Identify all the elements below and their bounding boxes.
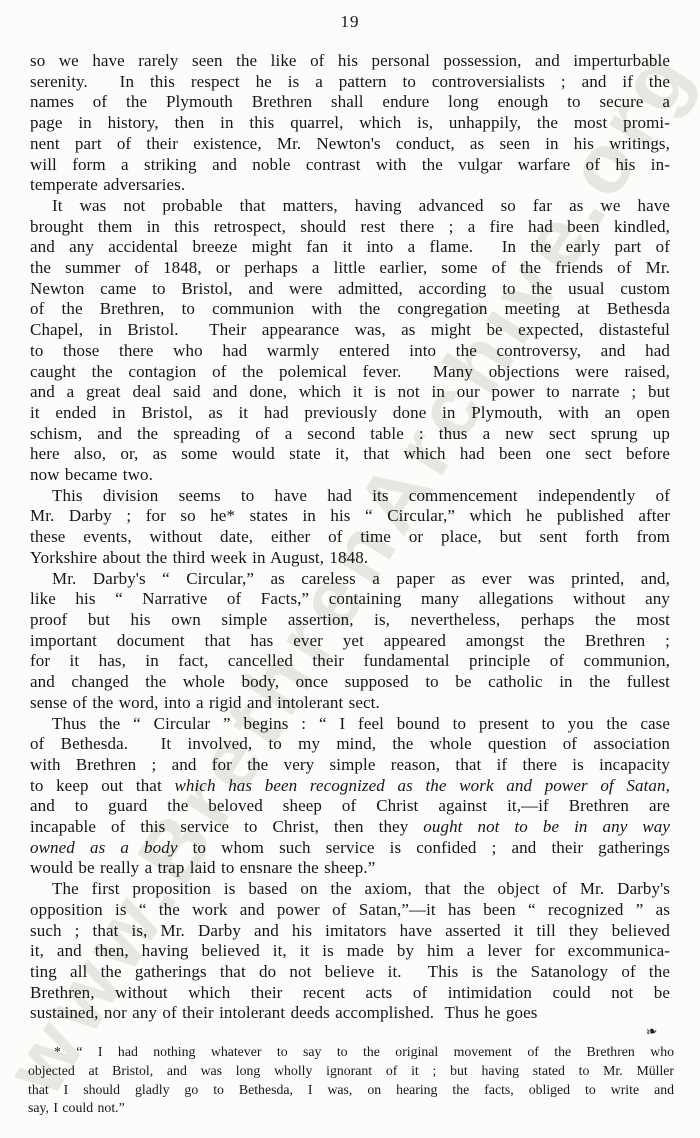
text-line: to those there who had warmly entered in… <box>30 341 670 362</box>
text-segment: nent part of their existence, Mr. Newton… <box>30 134 670 153</box>
text-line: to keep out that which has been recogniz… <box>30 776 670 797</box>
italic-text-segment: ought not to be in any way <box>423 817 670 836</box>
text-segment: these events, without date, either of ti… <box>30 527 670 546</box>
text-segment: Yorkshire about the third week in August… <box>30 548 368 567</box>
page-body: so we have rarely seen the like of his p… <box>30 51 670 1024</box>
text-segment: * “ I had nothing whatever to say to the… <box>54 1044 674 1059</box>
text-line: important document that has ever yet app… <box>30 631 670 652</box>
text-line: objected at Bristol, and was long wholly… <box>28 1062 674 1081</box>
text-line: that I should gladly go to Bethesda, I w… <box>28 1081 674 1100</box>
text-segment: , <box>666 776 670 795</box>
text-line: will form a striking and noble contrast … <box>30 155 670 176</box>
footnote: * “ I had nothing whatever to say to the… <box>28 1043 674 1118</box>
text-segment: it ended in Bristol, as it had previousl… <box>30 403 670 422</box>
text-line: serenity. In this respect he is a patter… <box>30 72 670 93</box>
text-segment: temperate adversaries. <box>30 175 185 194</box>
text-segment: say, I could not.” <box>28 1100 125 1115</box>
text-segment: Mr. Darby's “ Circular,” as careless a p… <box>52 569 670 588</box>
text-line: nent part of their existence, Mr. Newton… <box>30 134 670 155</box>
text-line: and any accidental breeze might fan it i… <box>30 237 670 258</box>
text-line: sustained, nor any of their intolerant d… <box>30 1003 670 1024</box>
text-segment: with Brethren ; and for the very simple … <box>30 755 670 774</box>
text-line: of the Brethren, to communion with the c… <box>30 299 670 320</box>
text-line: it ended in Bristol, as it had previousl… <box>30 403 670 424</box>
text-segment: ting all the gatherings that do not beli… <box>30 962 670 981</box>
italic-text-segment: which has been recognized as the work an… <box>174 776 665 795</box>
text-line: say, I could not.” <box>28 1099 674 1118</box>
text-line: would be really a trap laid to ensnare t… <box>30 858 670 879</box>
text-segment: will form a striking and noble contrast … <box>30 155 670 174</box>
text-segment: names of the Plymouth Brethren shall end… <box>30 92 670 111</box>
text-segment: of the Brethren, to communion with the c… <box>30 299 670 318</box>
text-line: and a great deal said and done, which it… <box>30 382 670 403</box>
text-line: ting all the gatherings that do not beli… <box>30 962 670 983</box>
text-line: names of the Plymouth Brethren shall end… <box>30 92 670 113</box>
text-segment: to keep out that <box>30 776 174 795</box>
text-segment: objected at Bristol, and was long wholly… <box>28 1063 674 1078</box>
text-segment: incapable of this service to Christ, the… <box>30 817 423 836</box>
text-line: caught the contagion of the polemical fe… <box>30 362 670 383</box>
text-line: Yorkshire about the third week in August… <box>30 548 670 569</box>
text-segment: brought them in this retrospect, should … <box>30 217 670 236</box>
text-line: Mr. Darby ; for so he* states in his “ C… <box>30 506 670 527</box>
text-line: The first proposition is based on the ax… <box>30 879 670 900</box>
text-segment: like his “ Narrative of Facts,” containi… <box>30 589 670 608</box>
text-line: here also, or, as some would state it, t… <box>30 444 670 465</box>
text-segment: that I should gladly go to Bethesda, I w… <box>28 1082 674 1097</box>
text-segment: to whom such service is confided ; and t… <box>178 838 671 857</box>
text-segment: and changed the whole body, once suppose… <box>30 672 670 691</box>
text-line: schism, and the spreading of a second ta… <box>30 424 670 445</box>
text-segment: schism, and the spreading of a second ta… <box>30 424 670 443</box>
text-line: Mr. Darby's “ Circular,” as careless a p… <box>30 569 670 590</box>
text-segment: and any accidental breeze might fan it i… <box>30 237 670 256</box>
printers-mark-icon: ❧ <box>644 1023 659 1042</box>
text-segment: Thus the “ Circular ” begins : “ I feel … <box>52 714 670 733</box>
text-segment: and to guard the beloved sheep of Christ… <box>30 796 670 815</box>
text-line: such ; that is, Mr. Darby and his imitat… <box>30 921 670 942</box>
text-line: it, and then, having believed it, it is … <box>30 941 670 962</box>
text-segment: the summer of 1848, or perhaps a little … <box>30 258 670 277</box>
text-line: these events, without date, either of ti… <box>30 527 670 548</box>
text-segment: now became two. <box>30 465 153 484</box>
text-line: Brethren, without which their recent act… <box>30 983 670 1004</box>
text-segment: proof but his own simple assertion, is, … <box>30 610 670 629</box>
text-segment: for it has, in fact, cancelled their fun… <box>30 651 670 670</box>
text-line: with Brethren ; and for the very simple … <box>30 755 670 776</box>
text-line: of Bethesda. It involved, to my mind, th… <box>30 734 670 755</box>
text-segment: and a great deal said and done, which it… <box>30 382 670 401</box>
text-segment: This division seems to have had its comm… <box>52 486 670 505</box>
text-line: for it has, in fact, cancelled their fun… <box>30 651 670 672</box>
text-segment: Newton came to Bristol, and were admitte… <box>30 279 670 298</box>
text-segment: Chapel, in Bristol. Their appearance was… <box>30 320 670 339</box>
text-line: and to guard the beloved sheep of Christ… <box>30 796 670 817</box>
text-line: and changed the whole body, once suppose… <box>30 672 670 693</box>
text-line: the summer of 1848, or perhaps a little … <box>30 258 670 279</box>
text-line: like his “ Narrative of Facts,” containi… <box>30 589 670 610</box>
italic-text-segment: owned as a body <box>30 838 178 857</box>
page-number: 19 <box>0 12 700 32</box>
text-segment: Brethren, without which their recent act… <box>30 983 670 1002</box>
text-line: proof but his own simple assertion, is, … <box>30 610 670 631</box>
text-line: Thus the “ Circular ” begins : “ I feel … <box>30 714 670 735</box>
text-segment: would be really a trap laid to ensnare t… <box>30 858 375 877</box>
text-segment: serenity. In this respect he is a patter… <box>30 72 670 91</box>
text-line: * “ I had nothing whatever to say to the… <box>28 1043 674 1062</box>
text-segment: The first proposition is based on the ax… <box>52 879 670 898</box>
text-segment: so we have rarely seen the like of his p… <box>30 51 670 70</box>
book-page: www.BrethrenArchive.org 19 so we have ra… <box>0 0 700 1138</box>
text-line: sense of the word, into a rigid and into… <box>30 693 670 714</box>
text-segment: page in history, then in this quarrel, w… <box>30 113 670 132</box>
text-line: incapable of this service to Christ, the… <box>30 817 670 838</box>
text-line: so we have rarely seen the like of his p… <box>30 51 670 72</box>
text-line: Newton came to Bristol, and were admitte… <box>30 279 670 300</box>
text-line: brought them in this retrospect, should … <box>30 217 670 238</box>
text-segment: sense of the word, into a rigid and into… <box>30 693 380 712</box>
text-line: temperate adversaries. <box>30 175 670 196</box>
text-line: owned as a body to whom such service is … <box>30 838 670 859</box>
text-line: page in history, then in this quarrel, w… <box>30 113 670 134</box>
text-segment: Mr. Darby ; for so he* states in his “ C… <box>30 506 670 525</box>
text-segment: caught the contagion of the polemical fe… <box>30 362 670 381</box>
text-line: now became two. <box>30 465 670 486</box>
text-segment: here also, or, as some would state it, t… <box>30 444 670 463</box>
text-line: opposition is “ the work and power of Sa… <box>30 900 670 921</box>
text-segment: of Bethesda. It involved, to my mind, th… <box>30 734 670 753</box>
text-segment: sustained, nor any of their intolerant d… <box>30 1003 537 1022</box>
text-segment: It was not probable that matters, having… <box>52 196 670 215</box>
text-line: It was not probable that matters, having… <box>30 196 670 217</box>
text-segment: important document that has ever yet app… <box>30 631 670 650</box>
text-line: This division seems to have had its comm… <box>30 486 670 507</box>
text-segment: opposition is “ the work and power of Sa… <box>30 900 670 919</box>
text-segment: such ; that is, Mr. Darby and his imitat… <box>30 921 670 940</box>
text-segment: to those there who had warmly entered in… <box>30 341 670 360</box>
text-line: Chapel, in Bristol. Their appearance was… <box>30 320 670 341</box>
text-segment: it, and then, having believed it, it is … <box>30 941 670 960</box>
